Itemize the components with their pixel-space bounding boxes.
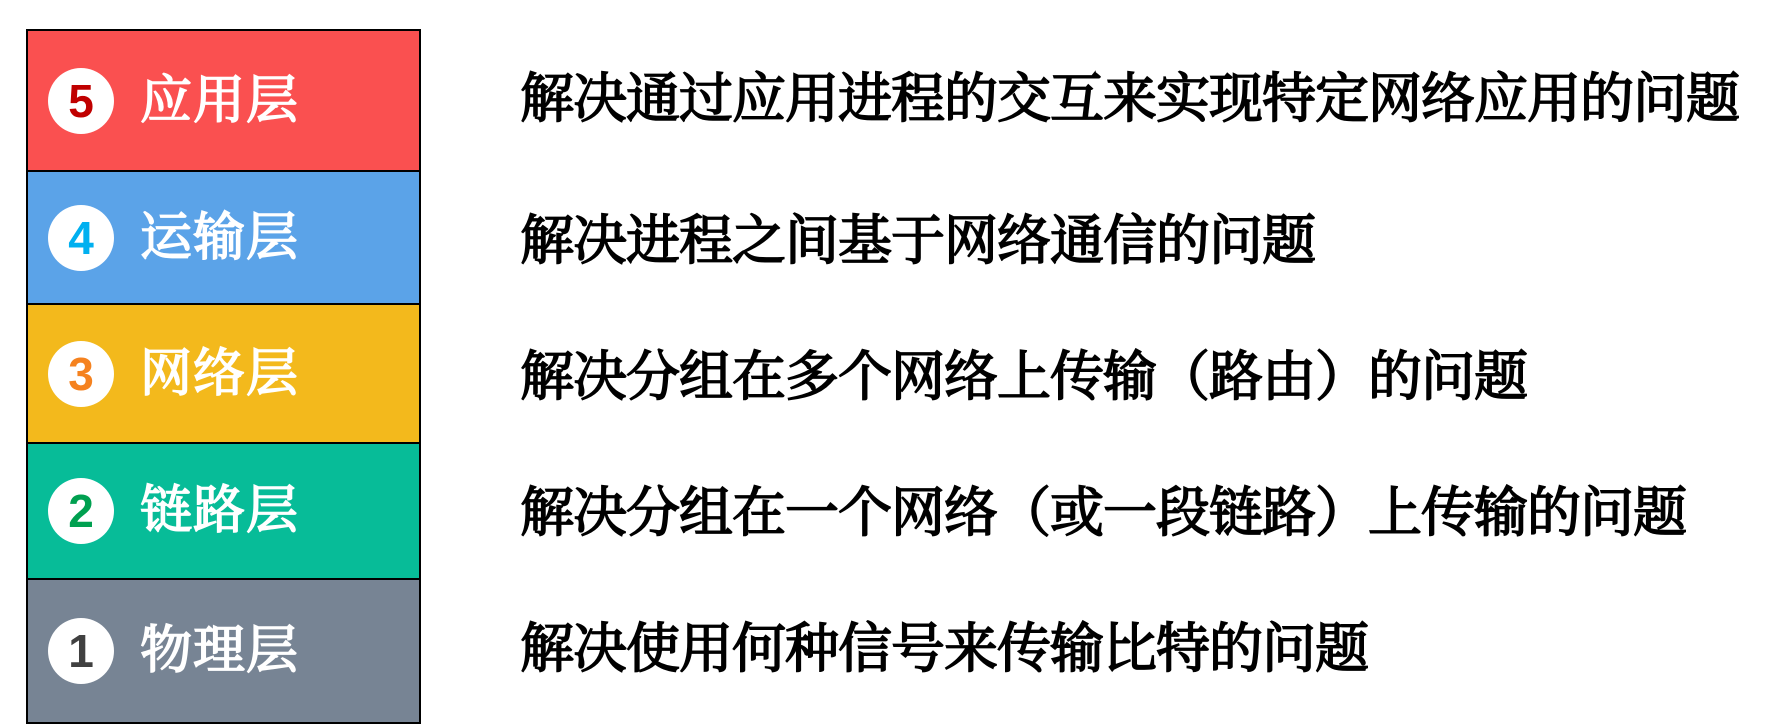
layer-physical: 1 物理层 — [28, 580, 419, 722]
layer-transport: 4 运输层 — [28, 172, 419, 305]
layer-description-physical: 解决使用何种信号来传输比特的问题 — [520, 622, 1368, 676]
layer-name: 物理层 — [140, 625, 299, 677]
layer-name: 运输层 — [140, 212, 299, 264]
layer-number-badge: 3 — [48, 341, 114, 407]
layer-application: 5 应用层 — [28, 31, 419, 172]
layer-name: 应用层 — [140, 75, 299, 127]
layer-network: 3 网络层 — [28, 305, 419, 444]
layer-description-network: 解决分组在多个网络上传输（路由）的问题 — [520, 350, 1527, 404]
layer-description-link: 解决分组在一个网络（或一段链路）上传输的问题 — [520, 486, 1686, 540]
layer-link: 2 链路层 — [28, 444, 419, 580]
layer-description-application: 解决通过应用进程的交互来实现特定网络应用的问题 — [520, 72, 1739, 126]
protocol-layer-stack: 5 应用层 4 运输层 3 网络层 2 链路层 1 物理层 — [26, 29, 421, 724]
layer-number-badge: 4 — [48, 205, 114, 271]
layer-description-transport: 解决进程之间基于网络通信的问题 — [520, 214, 1315, 268]
layer-number-badge: 2 — [48, 478, 114, 544]
layer-name: 链路层 — [140, 485, 299, 537]
layer-number-badge: 5 — [48, 68, 114, 134]
layer-number-badge: 1 — [48, 618, 114, 684]
layer-name: 网络层 — [140, 348, 299, 400]
